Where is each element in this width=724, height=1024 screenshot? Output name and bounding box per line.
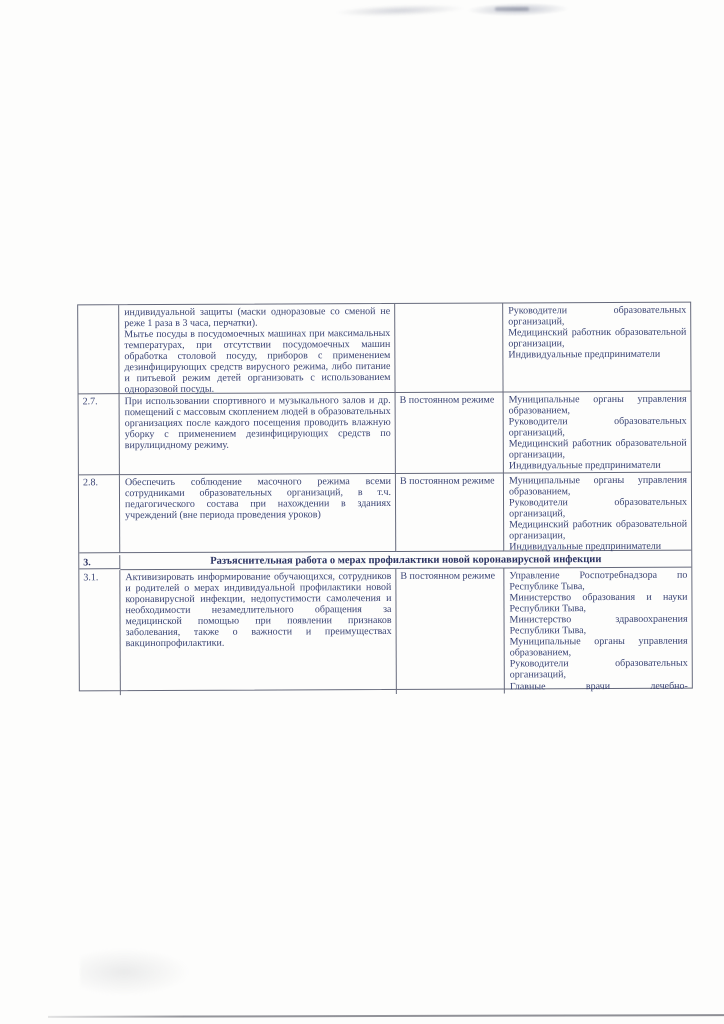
responsible-text: Руководители образовательных организаций… — [503, 303, 690, 362]
measure-text: При использовании спортивного и музыкаль… — [120, 393, 395, 452]
cell-measure: Активизировать информирование обучающихс… — [120, 569, 397, 695]
timing-text — [395, 303, 502, 305]
row-number: 3. — [79, 555, 119, 568]
cell-number: 2.8. — [79, 475, 120, 553]
timing-text: В постоянном режиме — [396, 568, 503, 581]
measure-text: Обеспечить соблюдение масочного режима в… — [120, 474, 395, 522]
cell-measure: При использовании спортивного и музыкаль… — [120, 393, 396, 475]
cell-responsible: Муниципальные органы управления образова… — [504, 392, 691, 474]
cell-responsible: Муниципальные органы управления образова… — [504, 473, 691, 552]
table-row-2-8: 2.8. Обеспечить соблюдение масочного реж… — [79, 473, 691, 554]
cell-measure: индивидуальной защиты (маски одноразовые… — [119, 304, 395, 394]
cell-responsible: Руководители образовательных организаций… — [503, 303, 690, 393]
cell-timing: В постоянном режиме — [396, 392, 504, 473]
responsible-text: Управление Роспотребнадзора по Республик… — [504, 568, 691, 682]
table-row-2-7: 2.7. При использовании спортивного и муз… — [79, 392, 691, 476]
table-row-continuation: индивидуальной защиты (маски одноразовые… — [78, 303, 690, 395]
responsible-text: Муниципальные органы управления образова… — [504, 392, 691, 473]
table-row-3-1: 3.1. Активизировать информирование обуча… — [79, 568, 692, 696]
scan-edge-shadow — [48, 1014, 724, 1018]
row-number: 3.1. — [79, 570, 119, 583]
timing-text: В постоянном режиме — [396, 473, 503, 486]
measure-text: Активизировать информирование обучающихс… — [120, 569, 395, 650]
responsible-text: Муниципальные органы управления образова… — [504, 473, 691, 554]
cell-number: 2.7. — [79, 394, 120, 475]
row-number — [78, 305, 118, 307]
cell-timing: В постоянном режиме — [396, 568, 505, 693]
scan-smudge — [468, 2, 568, 17]
scan-smudge — [335, 3, 465, 19]
scanned-document-page: индивидуальной защиты (маски одноразовые… — [0, 0, 724, 1024]
timing-text: В постоянном режиме — [396, 392, 503, 405]
section-title: Разъяснительная работа о мерах профилакт… — [120, 551, 691, 569]
measures-table: индивидуальной защиты (маски одноразовые… — [77, 302, 693, 692]
measure-text: индивидуальной защиты (маски одноразовые… — [119, 304, 394, 396]
scan-smudge — [495, 7, 529, 11]
scan-smudge — [80, 948, 190, 996]
cell-number: 3.1. — [79, 570, 121, 695]
cell-number — [78, 305, 119, 394]
responsible-overflow-text: Главные врачи лечебно- — [505, 681, 692, 694]
cell-responsible: Управление Роспотребнадзора по Республик… — [504, 568, 692, 694]
row-number: 2.8. — [79, 475, 119, 488]
row-number: 2.7. — [79, 394, 119, 407]
cell-number: 3. — [79, 555, 120, 569]
cell-timing: В постоянном режиме — [396, 473, 504, 551]
cell-measure: Обеспечить соблюдение масочного режима в… — [120, 474, 396, 553]
cell-timing — [395, 303, 503, 392]
